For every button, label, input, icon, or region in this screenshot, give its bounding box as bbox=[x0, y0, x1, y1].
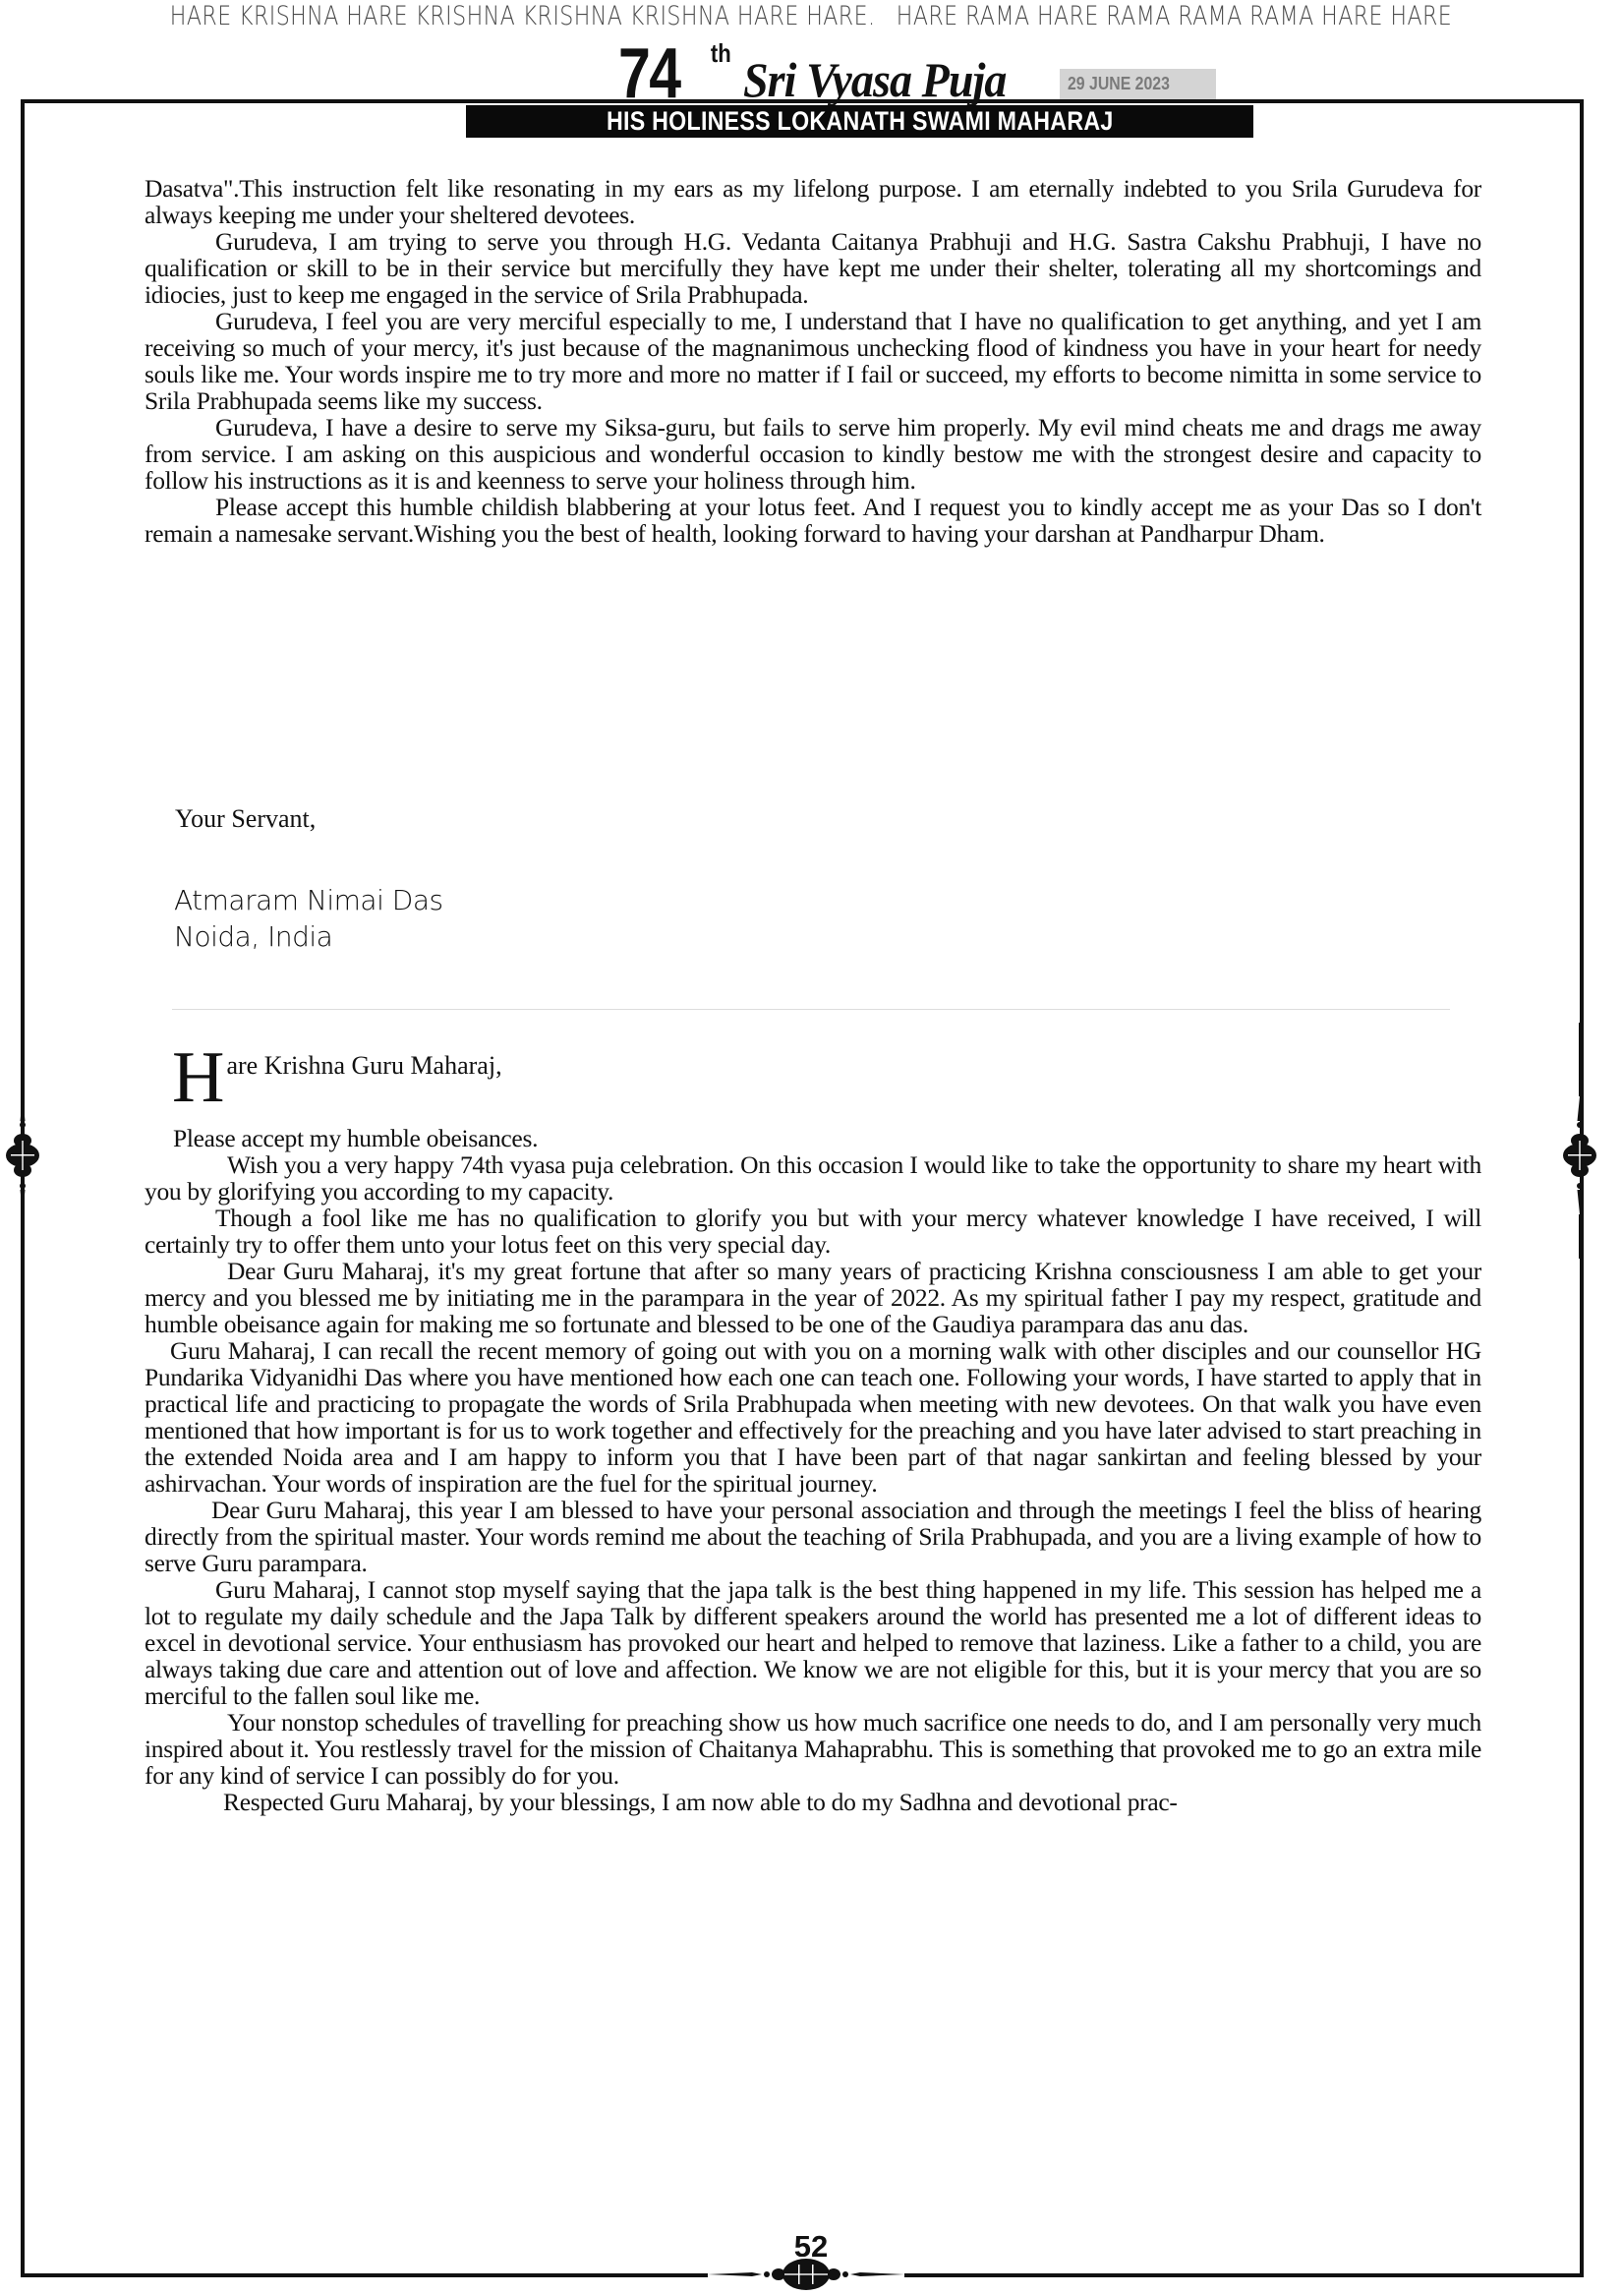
signature-name: Atmaram Nimai Das bbox=[174, 882, 443, 918]
paragraph: Wish you a very happy 74th vyasa puja ce… bbox=[145, 1151, 1481, 1205]
closing-salutation: Your Servant, bbox=[175, 804, 316, 834]
banner-text: HIS HOLINESS LOKANATH SWAMI MAHARAJ bbox=[607, 105, 1114, 138]
drop-cap: H bbox=[172, 1048, 224, 1107]
paragraph: Guru Maharaj, I can recall the recent me… bbox=[145, 1337, 1481, 1497]
letter-2-body: Please accept my humble obeisances. Wish… bbox=[145, 1125, 1481, 1815]
side-ornament-right-icon bbox=[1560, 1023, 1599, 1259]
title-text: Sri Vyasa Puja bbox=[743, 55, 1006, 104]
date-badge: 29 JUNE 2023 bbox=[1060, 69, 1216, 99]
section-divider bbox=[172, 1009, 1450, 1010]
mantra-header: HARE KRISHNA HARE KRISHNA KRISHNA KRISHN… bbox=[146, 0, 1477, 33]
mantra-left: HARE KRISHNA HARE KRISHNA KRISHNA KRISHN… bbox=[170, 0, 876, 33]
signature-place: Noida, India bbox=[174, 918, 443, 955]
paragraph: Gurudeva, I feel you are very merciful e… bbox=[145, 308, 1481, 414]
letter-1-body: Dasatva".This instruction felt like reso… bbox=[145, 175, 1481, 547]
paragraph: Gurudeva, I am trying to serve you throu… bbox=[145, 228, 1481, 308]
obeisances-line: Please accept my humble obeisances. bbox=[145, 1125, 1481, 1151]
title-banner: HIS HOLINESS LOKANATH SWAMI MAHARAJ bbox=[466, 105, 1253, 138]
paragraph: Dear Guru Maharaj, it's my great fortune… bbox=[145, 1258, 1481, 1337]
paragraph: Gurudeva, I have a desire to serve my Si… bbox=[145, 414, 1481, 494]
title-suffix: th bbox=[711, 38, 731, 69]
greeting-text: are Krishna Guru Maharaj, bbox=[226, 1051, 501, 1081]
masthead: 74thSri Vyasa Puja 29 JUNE 2023 bbox=[0, 35, 1622, 104]
paragraph: Please accept this humble childish blabb… bbox=[145, 494, 1481, 547]
paragraph: Dasatva".This instruction felt like reso… bbox=[145, 175, 1481, 228]
side-ornament-left-icon bbox=[3, 1023, 42, 1259]
signature-block: Atmaram Nimai Das Noida, India bbox=[174, 882, 443, 955]
paragraph: Your nonstop schedules of travelling for… bbox=[145, 1709, 1481, 1789]
mantra-right: HARE RAMA HARE RAMA RAMA RAMA HARE HARE bbox=[897, 0, 1452, 33]
paragraph: Respected Guru Maharaj, by your blessing… bbox=[145, 1789, 1481, 1815]
page-title: 74thSri Vyasa Puja bbox=[618, 35, 1028, 104]
title-number: 74 bbox=[618, 43, 694, 104]
paragraph: Dear Guru Maharaj, this year I am blesse… bbox=[145, 1497, 1481, 1576]
bottom-ornament-icon bbox=[708, 2257, 904, 2292]
paragraph: Though a fool like me has no qualificati… bbox=[145, 1205, 1481, 1258]
paragraph: Guru Maharaj, I cannot stop myself sayin… bbox=[145, 1576, 1481, 1709]
letter-2-greeting: H are Krishna Guru Maharaj, bbox=[172, 1048, 502, 1107]
date-text: 29 JUNE 2023 bbox=[1068, 69, 1170, 99]
